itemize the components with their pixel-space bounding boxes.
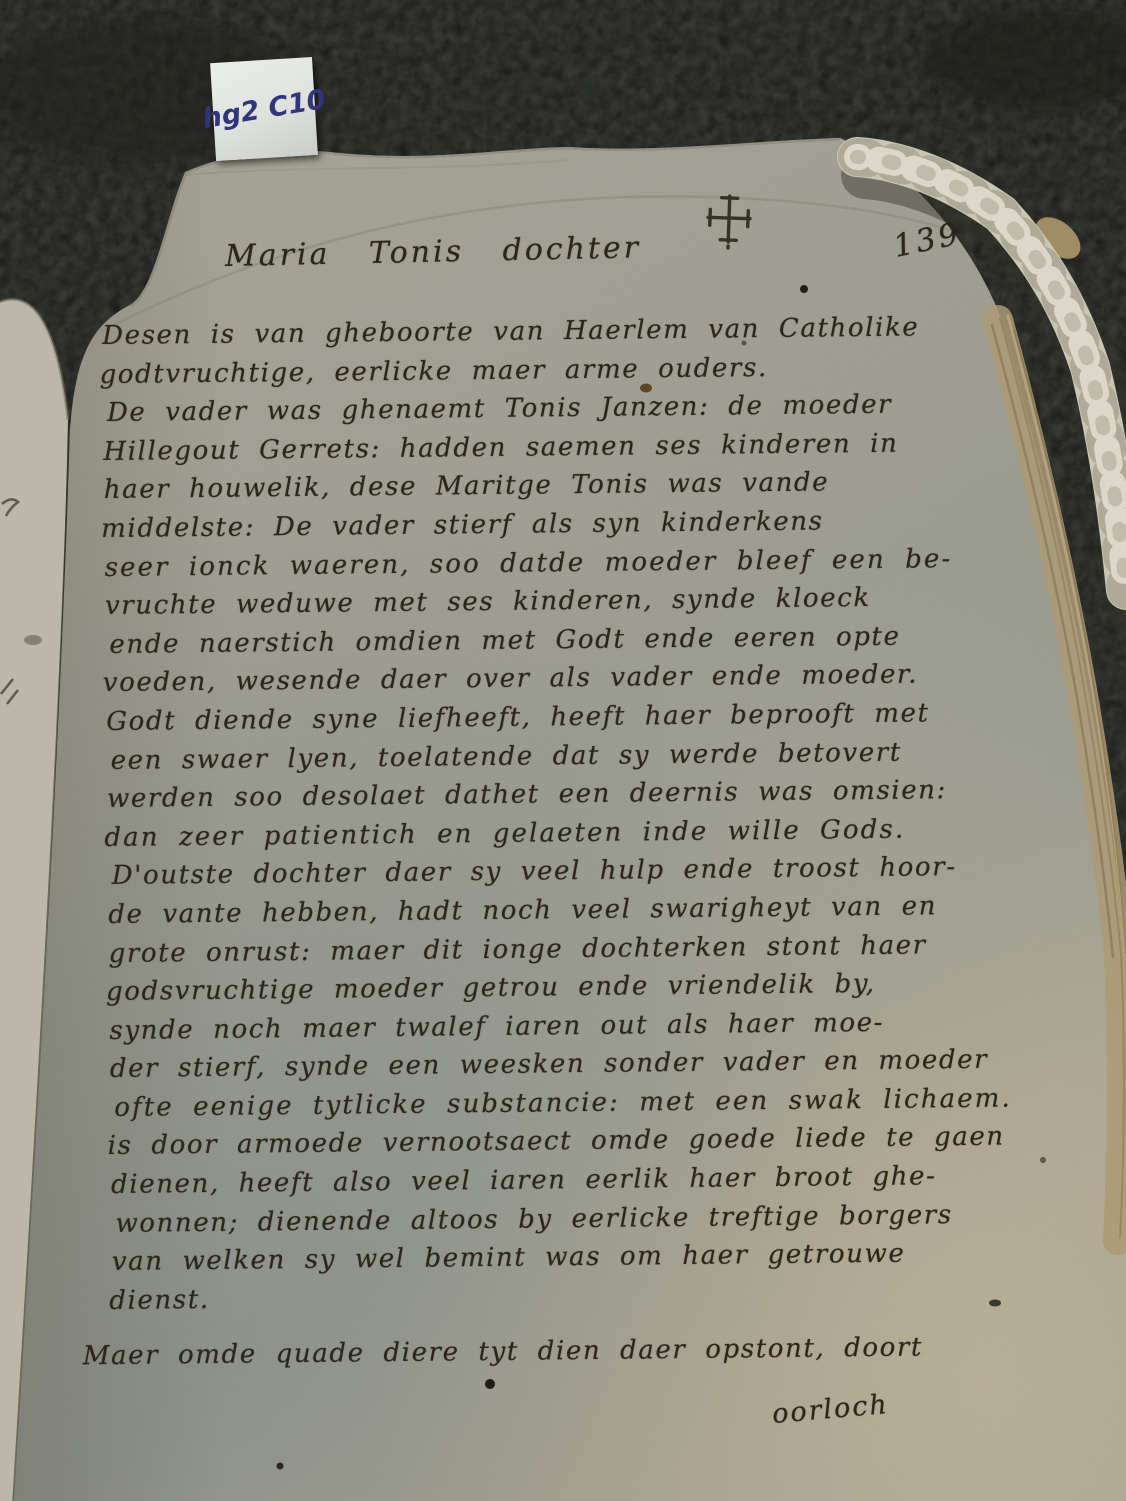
manuscript-photo: hg2 C10 139 Maria Tonis dochter Desen is… [0,0,1126,1501]
archive-label-note: hg2 C10 [210,57,318,161]
archive-label-text: hg2 C10 [200,83,328,134]
manuscript-text-block: Desen is van gheboorte van Haerlem van C… [102,307,1028,1376]
cross-icon [699,187,759,251]
